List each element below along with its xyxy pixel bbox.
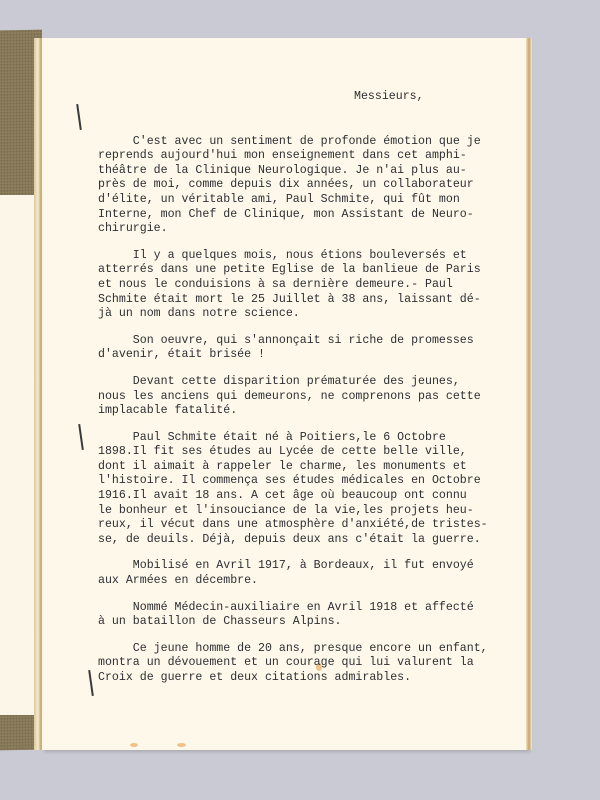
- paragraphs: C'est avec un sentiment de profonde émot…: [98, 135, 498, 686]
- text-line: Croix de guerre et deux citations admira…: [98, 671, 498, 686]
- flyleaf: [0, 195, 36, 715]
- paragraph: Devant cette disparition prématurée des …: [98, 375, 498, 419]
- text-line: se, de deuils. Déjà, depuis deux ans c'é…: [98, 533, 498, 548]
- paragraph: Ce jeune homme de 20 ans, presque encore…: [98, 642, 498, 686]
- salutation: Messieurs,: [354, 90, 498, 105]
- text-line: à un bataillon de Chasseurs Alpins.: [98, 615, 498, 630]
- text-line: Paul Schmite était né à Poitiers,le 6 Oc…: [98, 431, 498, 446]
- text-line: Mobilisé en Avril 1917, à Bordeaux, il f…: [98, 559, 498, 574]
- letter-body: Messieurs, C'est avec un sentiment de pr…: [98, 90, 498, 698]
- text-line: d'avenir, était brisée !: [98, 348, 498, 363]
- paragraph: Mobilisé en Avril 1917, à Bordeaux, il f…: [98, 559, 498, 588]
- text-line: reux, il vécut dans une atmosphère d'anx…: [98, 518, 498, 533]
- text-line: jà un nom dans notre science.: [98, 307, 498, 322]
- text-line: Devant cette disparition prématurée des …: [98, 375, 498, 390]
- paragraph: C'est avec un sentiment de profonde émot…: [98, 135, 498, 237]
- text-line: et nous le conduisions à sa dernière dem…: [98, 278, 498, 293]
- text-line: le bonheur et l'insouciance de la vie,le…: [98, 504, 498, 519]
- text-line: 1898.Il fit ses études au Lycée de cette…: [98, 445, 498, 460]
- text-line: dont il aimait à rappeler le charme, les…: [98, 460, 498, 475]
- text-line: C'est avec un sentiment de profonde émot…: [98, 135, 498, 150]
- text-line: près de moi, comme depuis dix années, un…: [98, 178, 498, 193]
- text-line: implacable fatalité.: [98, 404, 498, 419]
- text-line: atterrés dans une petite Eglise de la ba…: [98, 263, 498, 278]
- staple-hole-icon: [78, 424, 84, 450]
- text-line: 1916.Il avait 18 ans. A cet âge où beauc…: [98, 489, 498, 504]
- text-line: reprends aujourd'hui mon enseignement da…: [98, 149, 498, 164]
- paragraph: Paul Schmite était né à Poitiers,le 6 Oc…: [98, 431, 498, 548]
- text-line: d'élite, un véritable ami, Paul Schmite,…: [98, 193, 498, 208]
- text-line: théâtre de la Clinique Neurologique. Je …: [98, 164, 498, 179]
- text-line: Schmite était mort le 25 Juillet à 38 an…: [98, 293, 498, 308]
- paragraph: Nommé Médecin-auxiliaire en Avril 1918 e…: [98, 601, 498, 630]
- text-line: Il y a quelques mois, nous étions boulev…: [98, 249, 498, 264]
- text-line: Son oeuvre, qui s'annonçait si riche de …: [98, 334, 498, 349]
- paragraph: Il y a quelques mois, nous étions boulev…: [98, 249, 498, 322]
- text-line: Ce jeune homme de 20 ans, presque encore…: [98, 642, 498, 657]
- text-line: montra un dévouement et un courage qui l…: [98, 656, 498, 671]
- staple-hole-icon: [88, 670, 94, 696]
- text-line: nous les anciens qui demeurons, ne compr…: [98, 390, 498, 405]
- paragraph: Son oeuvre, qui s'annonçait si riche de …: [98, 334, 498, 363]
- text-line: aux Armées en décembre.: [98, 574, 498, 589]
- staple-hole-icon: [76, 104, 82, 130]
- text-line: Nommé Médecin-auxiliaire en Avril 1918 e…: [98, 601, 498, 616]
- foxing-stain: [177, 743, 186, 747]
- text-line: Interne, mon Chef de Clinique, mon Assis…: [98, 208, 498, 223]
- foxing-stain: [130, 743, 138, 747]
- text-line: chirurgie.: [98, 222, 498, 237]
- page-edge: [526, 38, 532, 750]
- text-line: l'histoire. Il commença ses études médic…: [98, 474, 498, 489]
